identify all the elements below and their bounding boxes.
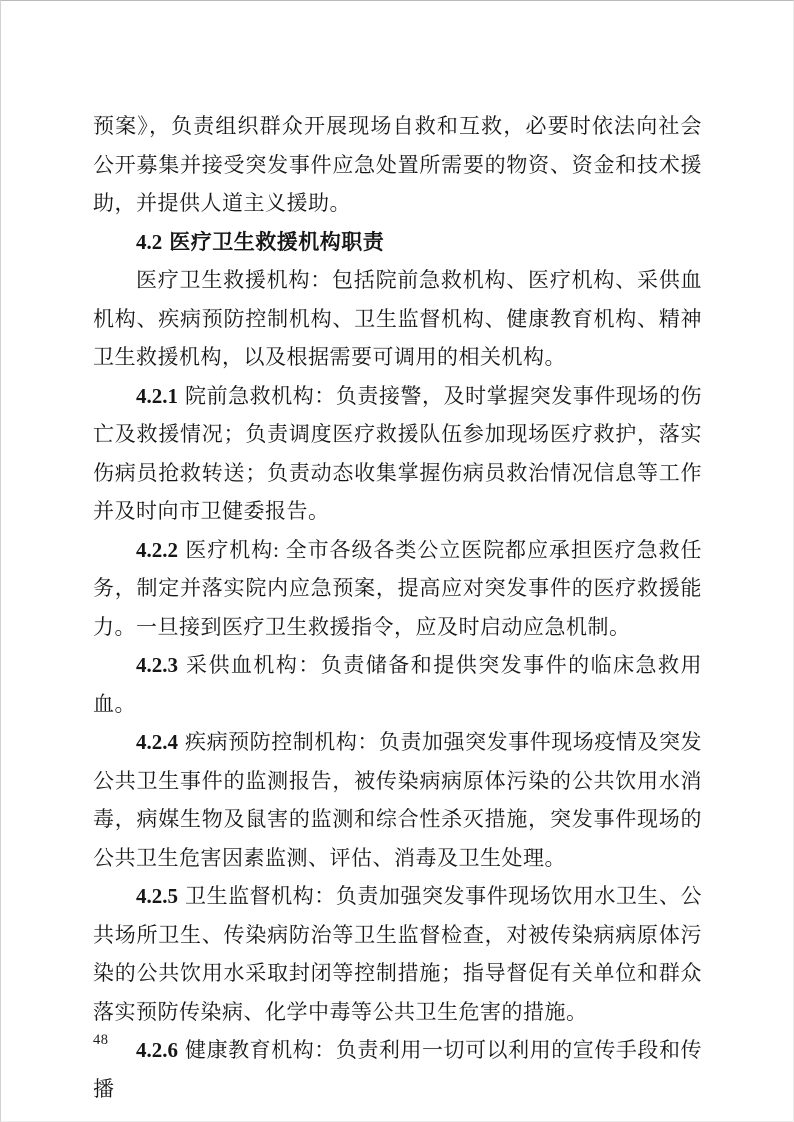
paragraph: 医疗卫生救援机构：包括院前急救机构、医疗机构、采供血机构、疾病预防控制机构、卫生… bbox=[93, 261, 702, 377]
paragraph: 4.2.5卫生监督机构：负责加强突发事件现场饮用水卫生、公共场所卫生、传染病防治… bbox=[93, 877, 702, 1031]
paragraph-text: 预案》，负责组织群众开展现场自救和互救，必要时依法向社会公开募集并接受突发事件应… bbox=[93, 114, 702, 215]
page-number: 48 bbox=[93, 1032, 109, 1049]
paragraph-text: 医疗机构: 全市各级各类公立医院都应承担医疗急救任务，制定并落实院内应急预案，提… bbox=[93, 538, 702, 639]
section-number: 4.2.1 bbox=[136, 384, 178, 408]
paragraph-text: 医疗卫生救援机构职责 bbox=[169, 230, 384, 254]
paragraph-text: 疾病预防控制机构：负责加强突发事件现场疫情及突发公共卫生事件的监测报告，被传染病… bbox=[93, 730, 702, 870]
section-heading: 4.2医疗卫生救援机构职责 bbox=[93, 223, 702, 262]
section-number: 4.2.2 bbox=[136, 538, 178, 562]
paragraph-text: 卫生监督机构：负责加强突发事件现场饮用水卫生、公共场所卫生、传染病防治等卫生监督… bbox=[93, 884, 702, 1024]
section-number: 4.2.3 bbox=[136, 653, 178, 677]
paragraph-text: 医疗卫生救援机构：包括院前急救机构、医疗机构、采供血机构、疾病预防控制机构、卫生… bbox=[93, 268, 702, 369]
section-number: 4.2.6 bbox=[136, 1038, 178, 1062]
paragraph-text: 院前急救机构：负责接警，及时掌握突发事件现场的伤亡及救援情况；负责调度医疗救援队… bbox=[93, 384, 702, 524]
paragraph: 预案》，负责组织群众开展现场自救和互救，必要时依法向社会公开募集并接受突发事件应… bbox=[93, 107, 702, 223]
paragraph-text: 采供血机构：负责储备和提供突发事件的临床急救用血。 bbox=[93, 653, 702, 716]
paragraph: 4.2.6健康教育机构：负责利用一切可以利用的宣传手段和传播 bbox=[93, 1031, 702, 1108]
paragraph-text: 健康教育机构：负责利用一切可以利用的宣传手段和传播 bbox=[93, 1038, 702, 1101]
section-number: 4.2 bbox=[136, 230, 162, 254]
document-page: 预案》，负责组织群众开展现场自救和互救，必要时依法向社会公开募集并接受突发事件应… bbox=[0, 0, 794, 1122]
section-number: 4.2.4 bbox=[136, 730, 178, 754]
paragraph: 4.2.2医疗机构: 全市各级各类公立医院都应承担医疗急救任务，制定并落实院内应… bbox=[93, 531, 702, 647]
paragraph: 4.2.4疾病预防控制机构：负责加强突发事件现场疫情及突发公共卫生事件的监测报告… bbox=[93, 723, 702, 877]
section-number: 4.2.5 bbox=[136, 884, 178, 908]
document-body: 预案》，负责组织群众开展现场自救和互救，必要时依法向社会公开募集并接受突发事件应… bbox=[93, 107, 702, 1108]
paragraph: 4.2.1院前急救机构：负责接警，及时掌握突发事件现场的伤亡及救援情况；负责调度… bbox=[93, 377, 702, 531]
paragraph: 4.2.3采供血机构：负责储备和提供突发事件的临床急救用血。 bbox=[93, 646, 702, 723]
